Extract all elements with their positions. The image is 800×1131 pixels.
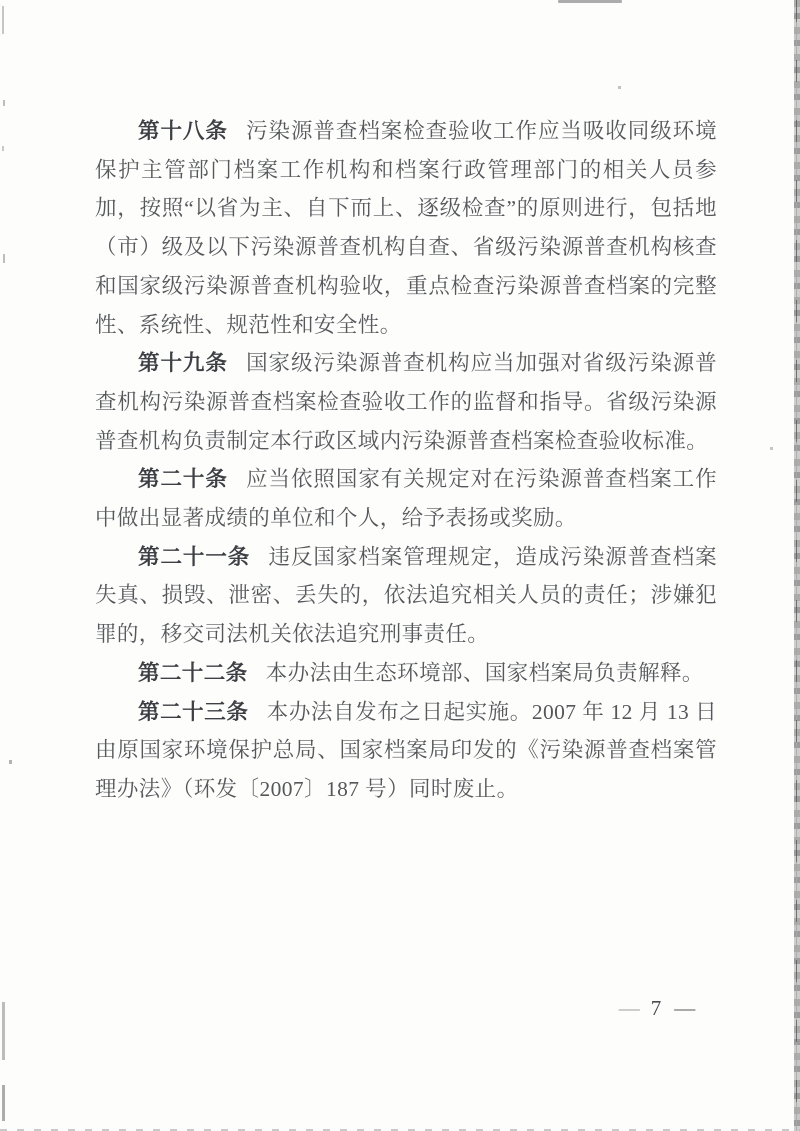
article-number: 第二十二条 xyxy=(138,661,248,685)
scan-artifact-speck xyxy=(3,100,5,106)
article-paragraph: 第二十二条本办法由生态环境部、国家档案局负责解释。 xyxy=(95,654,717,693)
article-paragraph: 第二十三条本办法自发布之日起实施。2007 年 12 月 13 日由原国家环境保… xyxy=(95,693,717,809)
scan-artifact-right-edge-band xyxy=(794,0,800,1131)
scan-artifact-speck xyxy=(2,6,4,34)
page-number-dash-right: — xyxy=(674,996,695,1021)
scan-artifact-top-smudge xyxy=(558,0,622,3)
scan-artifact-speck xyxy=(2,1002,5,1060)
scanned-document-page: 第十八条污染源普查档案检查验收工作应当吸收同级环境保护主管部门档案工作机构和档案… xyxy=(0,0,800,1131)
article-number: 第二十三条 xyxy=(138,700,248,724)
article-paragraph: 第十八条污染源普查档案检查验收工作应当吸收同级环境保护主管部门档案工作机构和档案… xyxy=(95,112,717,344)
scan-artifact-speck xyxy=(9,760,12,764)
page-number-value: 7 xyxy=(651,996,662,1021)
scan-artifact-speck xyxy=(3,254,5,263)
article-paragraph: 第二十条应当依照国家有关规定对在污染源普查档案工作中做出显著成绩的单位和个人，给… xyxy=(95,460,717,537)
article-number: 第十八条 xyxy=(138,119,228,143)
article-number: 第二十条 xyxy=(138,467,228,491)
scan-artifact-right-edge-line xyxy=(796,0,797,1131)
article-paragraph: 第二十一条违反国家档案管理规定，造成污染源普查档案失真、损毁、泄密、丢失的，依法… xyxy=(95,538,717,654)
document-text-block: 第十八条污染源普查档案检查验收工作应当吸收同级环境保护主管部门档案工作机构和档案… xyxy=(95,112,717,809)
article-text: 污染源普查档案检查验收工作应当吸收同级环境保护主管部门档案工作机构和档案行政管理… xyxy=(95,119,717,337)
page-number: — 7 — xyxy=(596,996,718,1021)
article-text: 本办法由生态环境部、国家档案局负责解释。 xyxy=(266,661,704,685)
scan-artifact-speck xyxy=(618,86,621,89)
article-number: 第十九条 xyxy=(138,351,228,375)
scan-artifact-speck xyxy=(2,1085,5,1121)
article-number: 第二十一条 xyxy=(138,545,250,569)
scan-artifact-speck xyxy=(770,447,773,450)
scan-artifact-speck xyxy=(2,146,4,151)
article-paragraph: 第十九条国家级污染源普查机构应当加强对省级污染源普查机构污染源普查档案检查验收工… xyxy=(95,344,717,460)
page-number-dash-left: — xyxy=(619,996,638,1021)
